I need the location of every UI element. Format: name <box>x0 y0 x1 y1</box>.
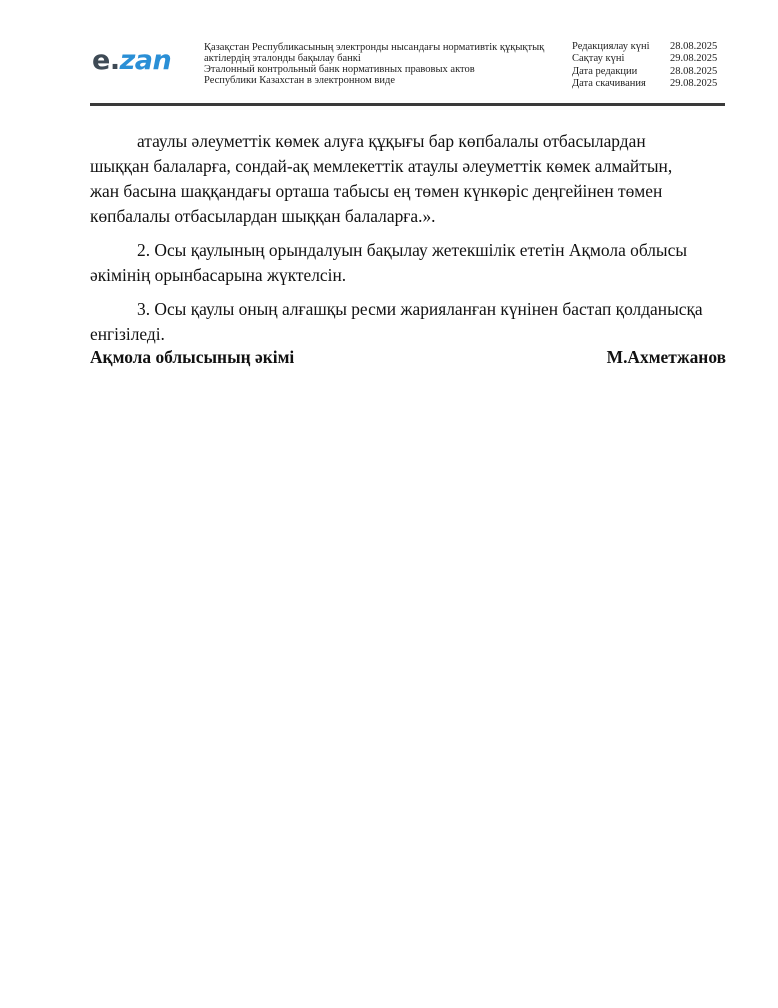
text-line: енгізіледі. <box>90 322 726 347</box>
org-line: Эталонный контрольный банк нормативных п… <box>204 64 554 75</box>
date-label: Дата редакции <box>572 66 670 78</box>
date-label: Дата скачивания <box>572 78 670 90</box>
text-line: шыққан балаларға, сондай-ақ мемлекеттік … <box>90 154 726 179</box>
date-value: 29.08.2025 <box>670 78 730 90</box>
signatory-name: М.Ахметжанов <box>607 345 726 370</box>
date-value: 28.08.2025 <box>670 41 730 53</box>
text-line: жан басына шаққандағы орташа табысы ең т… <box>90 179 726 204</box>
org-line: Республики Казахстан в электронном виде <box>204 75 554 86</box>
text-line: 3. Осы қаулы оның алғашқы ресми жариялан… <box>90 297 726 322</box>
document-body: атаулы әлеуметтік көмек алуға құқығы бар… <box>90 129 726 356</box>
logo-prefix: e <box>92 45 110 76</box>
paragraph-continuation: атаулы әлеуметтік көмек алуға құқығы бар… <box>90 129 726 229</box>
date-info: Редакциялау күні 28.08.2025 Сақтау күні … <box>572 41 730 90</box>
text-line: әкімінің орынбасарына жүктелсін. <box>90 263 726 288</box>
date-value: 28.08.2025 <box>670 66 730 78</box>
org-line: актілердің эталонды бақылау банкі <box>204 53 554 64</box>
date-row-edit-ru: Дата редакции 28.08.2025 <box>572 66 730 78</box>
header-divider <box>90 103 725 106</box>
date-row-edit-kz: Редакциялау күні 28.08.2025 <box>572 41 730 53</box>
date-label: Сақтау күні <box>572 53 670 65</box>
text-line: көпбалалы отбасылардан шыққан балаларға.… <box>90 204 726 229</box>
date-row-download-ru: Дата скачивания 29.08.2025 <box>572 78 730 90</box>
signature-block: Ақмола облысының әкімі М.Ахметжанов <box>90 345 726 370</box>
date-value: 29.08.2025 <box>670 53 730 65</box>
org-line: Қазақстан Республикасының электронды ныс… <box>204 42 554 53</box>
text-line: атаулы әлеуметтік көмек алуға құқығы бар… <box>90 129 726 154</box>
logo-suffix: zan <box>120 45 172 76</box>
logo-dot: . <box>110 45 120 76</box>
text-line: 2. Осы қаулының орындалуын бақылау жетек… <box>90 238 726 263</box>
paragraph-item-2: 2. Осы қаулының орындалуын бақылау жетек… <box>90 238 726 288</box>
signatory-position: Ақмола облысының әкімі <box>90 345 294 370</box>
ezan-logo: e.zan <box>92 44 171 78</box>
paragraph-item-3: 3. Осы қаулы оның алғашқы ресми жариялан… <box>90 297 726 347</box>
document-header: e.zan Қазақстан Республикасының электрон… <box>90 38 726 102</box>
date-label: Редакциялау күні <box>572 41 670 53</box>
organization-name: Қазақстан Республикасының электронды ныс… <box>204 42 554 86</box>
date-row-save-kz: Сақтау күні 29.08.2025 <box>572 53 730 65</box>
